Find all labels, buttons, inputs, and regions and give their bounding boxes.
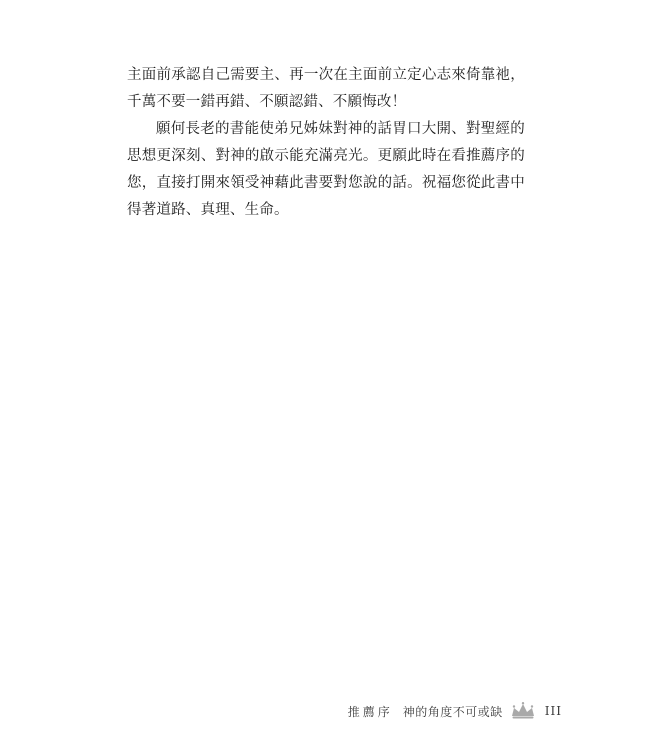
footer-book-title: 神的角度不可或缺 <box>403 703 503 720</box>
body-text: 主面前承認自己需要主、再一次在主面前立定心志來倚靠祂，千萬不要一錯再錯、不願認錯… <box>127 62 525 224</box>
body-paragraph: 願何長老的書能使弟兄姊妹對神的話胃口大開、對聖經的思想更深刻、對神的啟示能充滿亮… <box>127 116 525 224</box>
footer-page-number: III <box>545 704 562 718</box>
crown-ornament-icon <box>509 702 537 720</box>
footer-section-label: 推薦序 <box>348 703 393 720</box>
book-page: 主面前承認自己需要主、再一次在主面前立定心志來倚靠祂，千萬不要一錯再錯、不願認錯… <box>0 0 650 750</box>
page-footer: 推薦序 神的角度不可或缺 III <box>0 699 562 723</box>
body-paragraph: 主面前承認自己需要主、再一次在主面前立定心志來倚靠祂，千萬不要一錯再錯、不願認錯… <box>127 62 525 116</box>
